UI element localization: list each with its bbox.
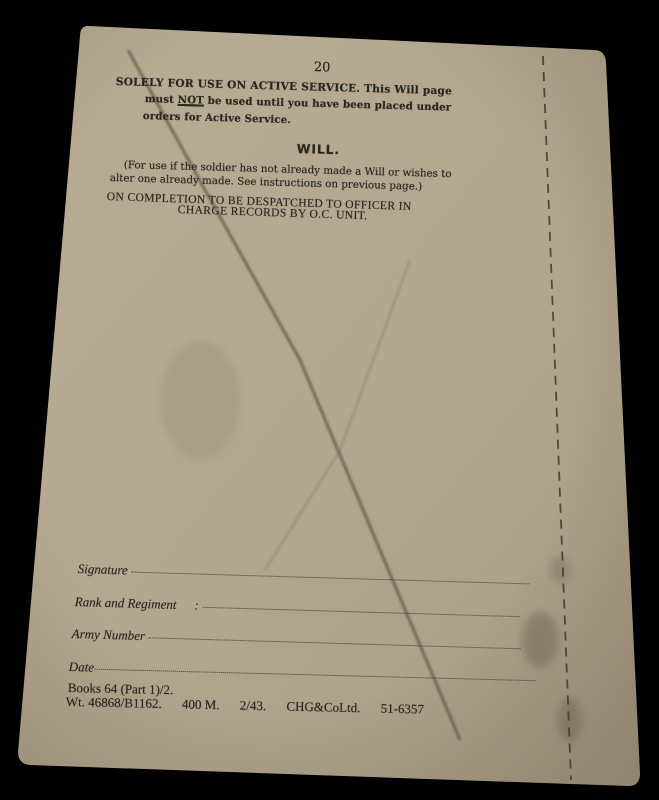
page-number: 20 [314,60,331,75]
print-code: 51-6357 [381,701,425,717]
army-number-label: Army Number [72,626,146,644]
will-title: WILL. [297,141,341,157]
not-emphasis: NOT [178,94,205,107]
print-quantity: 400 M. [182,696,220,712]
weight-code: Wt. 46868/B1162. [66,694,162,711]
print-date: 2/43. [240,698,267,714]
photo-stage: 20 SOLELY FOR USE ON ACTIVE SERVICE. Thi… [0,0,659,800]
colon-mark: : [194,598,199,614]
signature-label: Signature [78,561,129,578]
printer-name: CHG&CoLtd. [286,699,360,716]
notice-pre: must [145,93,178,106]
rank-regiment-label: Rank and Regiment [75,594,177,613]
date-label: Date [69,659,95,676]
